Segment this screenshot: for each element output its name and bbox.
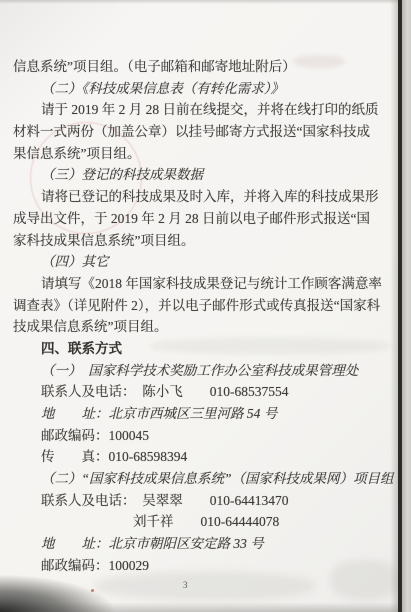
scanner-background [402,0,411,612]
scan-corner-shadow [0,557,170,612]
text-line: 成导出文件，于 2019 年 2 月 28 日前以电子邮件形式报送“国 [0,208,398,230]
text-line: 材料一式两份（加盖公章）以挂号邮寄方式报送“国家科技成 [0,121,398,143]
text-line: 邮政编码：100045 [0,425,398,447]
text-line: 刘千祥 010-64444078 [0,511,398,533]
text-line: 四、联系方式 [0,338,398,360]
page-number: 3 [183,580,188,590]
text-line: 联系人及电话： 陈小飞 010-68537554 [0,381,398,403]
text-line: 请于 2019 年 2 月 28 日前在线提交，并将在线打印的纸质 [0,99,398,121]
text-line: 联系人及电话： 吴翠翠 010-64413470 [0,490,398,512]
text-line: （二）《科技成果信息表（有转化需求）》 [0,78,398,100]
text-line: 传 真：010-68598394 [0,446,398,468]
text-line: 技成果信息系统”项目组。 [0,316,398,338]
scanned-document-page: 信息系统”项目组。（电子邮箱和邮寄地址附后）（二）《科技成果信息表（有转化需求）… [0,0,411,612]
text-line: （三）登记的科技成果数据 [0,164,398,186]
text-line: （一） 国家科学技术奖励工作办公室科技成果管理处 [0,360,398,382]
text-line: 家科技成果信息系统”项目组。 [0,230,398,252]
text-line: 地 址：北京市朝阳区安定路 33 号 [0,533,398,555]
text-line: 果信息系统”项目组。 [0,143,398,165]
scan-top-edge-shadow [0,0,411,4]
text-line: 请填写《2018 年国家科技成果登记与统计工作顾客满意率 [0,273,398,295]
text-line: 地 址：北京市西城区三里河路 54 号 [0,403,398,425]
document-text-block: 信息系统”项目组。（电子邮箱和邮寄地址附后）（二）《科技成果信息表（有转化需求）… [0,56,398,577]
page-edge-shade [390,0,398,612]
text-line: 请将已登记的科技成果及时入库，并将入库的科技成果形 [0,186,398,208]
text-line: （四）其它 [0,251,398,273]
text-line: 调查表》（详见附件 2），并以电子邮件形式或传真报送“国家科 [0,295,398,317]
text-line: （二）“国家科技成果信息系统”（国家科技成果网）项目组 [0,468,398,490]
text-line: 信息系统”项目组。（电子邮箱和邮寄地址附后） [0,56,398,78]
